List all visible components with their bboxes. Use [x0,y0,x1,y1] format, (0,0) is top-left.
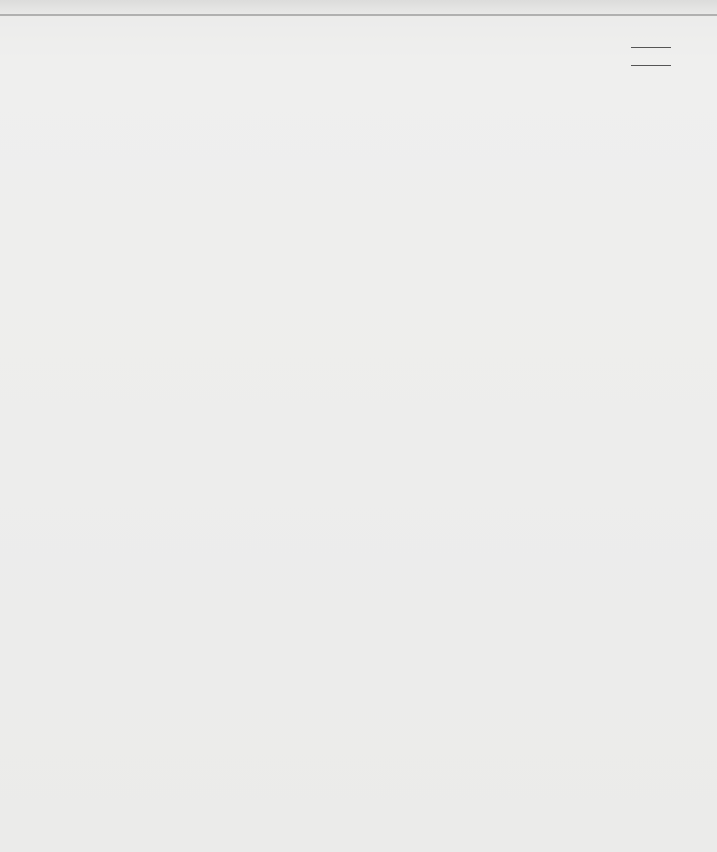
page-no-field [628,59,671,69]
page-no-blank [631,65,671,66]
section-blank [631,47,671,48]
ledger-page [0,0,717,852]
section-field [628,41,671,51]
scan-edge-line [0,14,717,16]
